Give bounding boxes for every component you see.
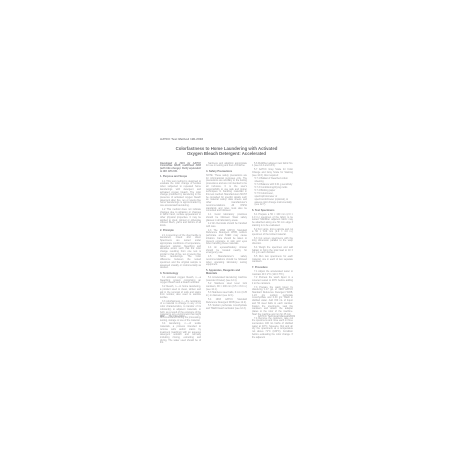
body-paragraph: 4.4 An eyewash/safety shower should be l… xyxy=(206,247,247,255)
body-paragraph: 5.5 Sodium perborate monohydrate and TAE… xyxy=(206,305,247,310)
document-title-line2: Oxygen Bleach Detergent: Accelerated xyxy=(160,151,293,156)
document-footer: 302 TM 190-2003 AATCC Technical Manual/2… xyxy=(160,315,295,318)
footer-method-ref: TM 190-2003 xyxy=(168,315,184,318)
body-paragraph: 1.2 This method does not indicate change… xyxy=(160,209,201,228)
footer-left: 302 TM 190-2003 xyxy=(160,315,184,318)
text-column-right: 5.6 Multifiber adjacent test fabric No. … xyxy=(252,163,293,341)
footer-manual-ref: AATCC Technical Manual/2003 xyxy=(258,315,295,318)
body-paragraph: 7.2 Preheat the wash liquor in a covered… xyxy=(252,277,293,285)
text-columns: Developed in 2001 by AATCC Committee RA8… xyxy=(160,163,293,346)
section-heading: 1. Purpose and Scope xyxy=(160,176,201,179)
body-paragraph: 4.5 Manufacturer's safety recommendation… xyxy=(206,256,247,267)
body-paragraph: 2.1 A specimen of the dyed textile is la… xyxy=(160,235,201,270)
document-title: Colorfastness to Home Laundering with Ac… xyxy=(160,146,293,157)
body-paragraph: 5.7 AATCC Gray Scale for Color Change an… xyxy=(252,169,293,177)
body-paragraph: 6.1 Prepare a 50 × 100 mm (2.0 × 4.0 in.… xyxy=(252,214,293,228)
body-paragraph: 6.2 For yarns, knit a sample and cut a 5… xyxy=(252,229,293,237)
text-column-left: Developed in 2001 by AATCC Committee RA8… xyxy=(160,163,201,346)
footer-page-number: 302 xyxy=(160,315,164,318)
development-note: Developed in 2001 by AATCC Committee RA8… xyxy=(160,163,201,174)
body-paragraph: 5.2 Stainless steel lever lock canisters… xyxy=(206,283,247,291)
body-paragraph: 3.3 colorfastness, n.—the resistance of … xyxy=(160,301,201,323)
body-paragraph: 3.4 laundering, n.—of textile materials,… xyxy=(160,323,201,345)
body-paragraph: 6.3 Cut woven specimens with the long di… xyxy=(252,238,293,246)
body-paragraph: 7.3 Prepare the wash liquor by dissolvin… xyxy=(252,287,293,317)
body-paragraph: 4.1 Good laboratory practices should be … xyxy=(206,214,247,222)
body-paragraph: 6.4 Weigh the specimen and add ballast t… xyxy=(252,247,293,255)
body-paragraph: 4.2 All chemicals should be handled with… xyxy=(206,223,247,228)
text-column-middle: hardness and alkalinity appropriate for … xyxy=(206,163,247,312)
body-paragraph: hardness and alkalinity appropriate for … xyxy=(206,163,247,168)
body-paragraph: 6.5 Run two specimens for each material,… xyxy=(252,256,293,264)
body-paragraph: 7.4 Remove the canisters, take out the s… xyxy=(252,318,293,340)
document-header: AATCC Test Method 190-2003 xyxy=(160,137,293,141)
list-item: 5.7.5 Colorimeter, spectrophotometer or … xyxy=(252,193,293,207)
section-heading: 2. Principle xyxy=(160,230,201,233)
scanned-document-canvas: AATCC Test Method 190-2003 Colorfastness… xyxy=(0,0,458,458)
body-paragraph: 3.1 activated oxygen bleach, n.—a bleach… xyxy=(160,277,201,285)
body-paragraph: 3.2 bleach, n.—in home laundering, a pro… xyxy=(160,286,201,300)
body-paragraph: NOTE: These safety precautions are for i… xyxy=(206,175,247,213)
body-paragraph: 1.1 This test method is designed to eval… xyxy=(160,181,201,208)
section-heading: 5. Apparatus, Reagents and Materials xyxy=(206,270,247,276)
body-paragraph: 4.3 The 1993 AATCC Standard Reference De… xyxy=(206,230,247,246)
